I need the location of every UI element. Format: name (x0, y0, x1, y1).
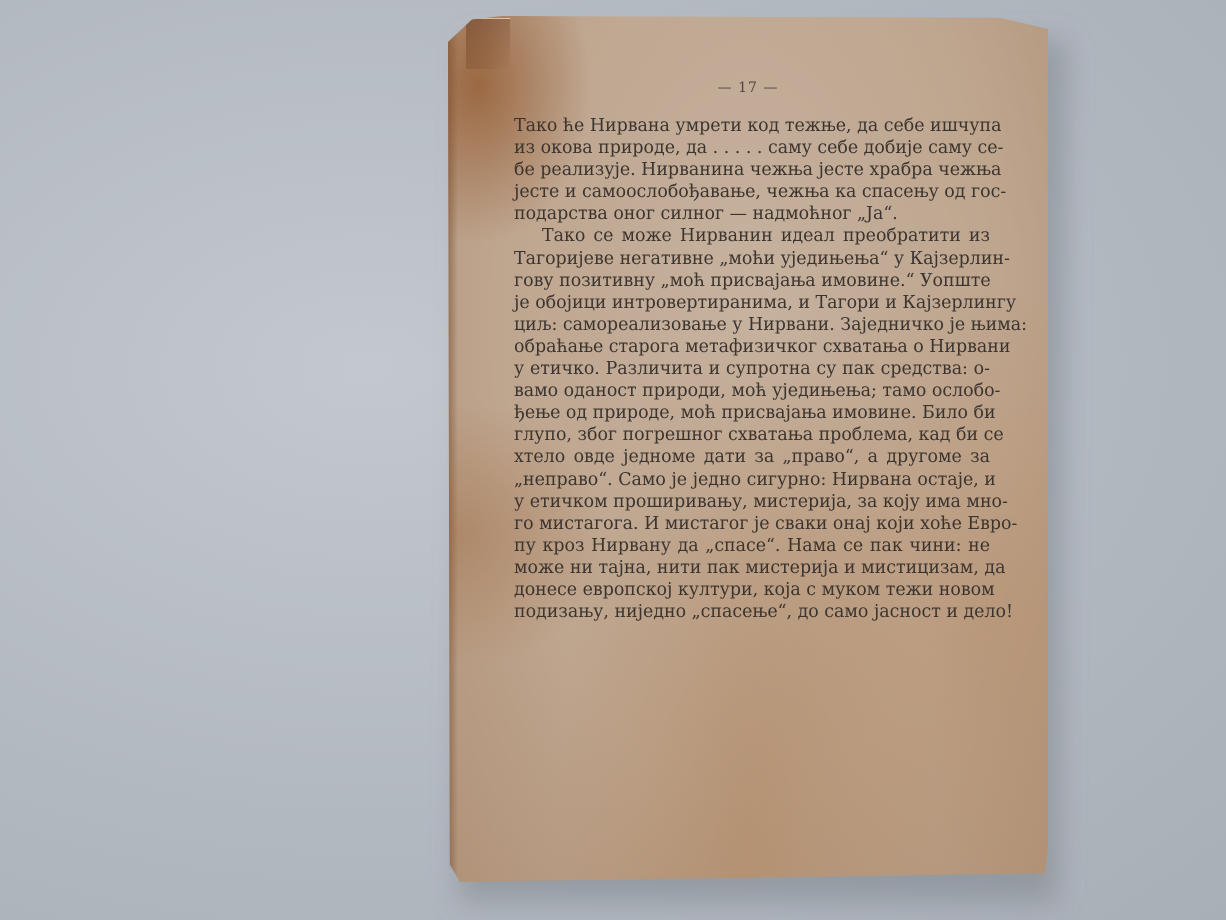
text-line: у етичко. Различита и супротна су пак ср… (514, 358, 990, 380)
text-line: подизању, ниједно „спасење“, до само јас… (514, 601, 990, 623)
text-line: је обојици интровертиранима, и Тагори и … (514, 292, 990, 314)
text-line: Тако ће Нирвана умрети код тежње, да себ… (514, 115, 990, 137)
text-line: подарства оног силног — надмоћног „Ја“. (514, 203, 990, 225)
text-line: из окова природе, да . . . . . саму себе… (514, 137, 990, 159)
book-page: — 17 — Тако ће Нирвана умрети код тежње,… (448, 16, 1048, 882)
paragraph-2: Тако се може Нирванин идеал преобратити … (514, 225, 990, 623)
text-line: донесе европској култури, која с муком т… (514, 579, 990, 601)
folded-corner (466, 18, 510, 69)
body-text: Тако ће Нирвана умрети код тежње, да себ… (514, 115, 990, 623)
paragraph-1: Тако ће Нирвана умрети код тежње, да себ… (514, 115, 990, 225)
text-line: ђење од природе, моћ присвајања имовине.… (514, 402, 990, 424)
text-line: пу кроз Нирвану да „спасе“. Нама се пак … (514, 535, 990, 557)
text-line: хтело овде једноме дати за „право“, а др… (514, 446, 990, 468)
text-line: Тако се може Нирванин идеал преобратити … (514, 225, 990, 247)
text-line: циљ: самореализовање у Нирвани. Заједнич… (514, 314, 990, 336)
text-line: јесте и самоослобођавање, чежња ка спасе… (514, 181, 990, 203)
text-line: вамо оданост природи, моћ уједињења; там… (514, 380, 990, 402)
text-line: може ни тајна, нити пак мистерија и мист… (514, 557, 990, 579)
text-line: глупо, због погрешног схватања проблема,… (514, 424, 990, 446)
text-line: го мистагога. И мистагог је сваки онај к… (514, 513, 990, 535)
text-line: гову позитивну „моћ присвајања имовине.“… (514, 270, 990, 292)
text-line: „неправо“. Само је једно сигурно: Нирван… (514, 469, 990, 491)
text-line: бе реализује. Нирванина чежња јесте храб… (514, 159, 990, 181)
text-line: обраћање старога метафизичког схватања о… (514, 336, 990, 358)
page-number: — 17 — (448, 80, 1048, 96)
text-line: Тагоријеве негативне „моћи уједињења“ у … (514, 248, 990, 270)
text-line: у етичком проширивању, мистерија, за кој… (514, 491, 990, 513)
worn-left-edge (448, 16, 458, 882)
